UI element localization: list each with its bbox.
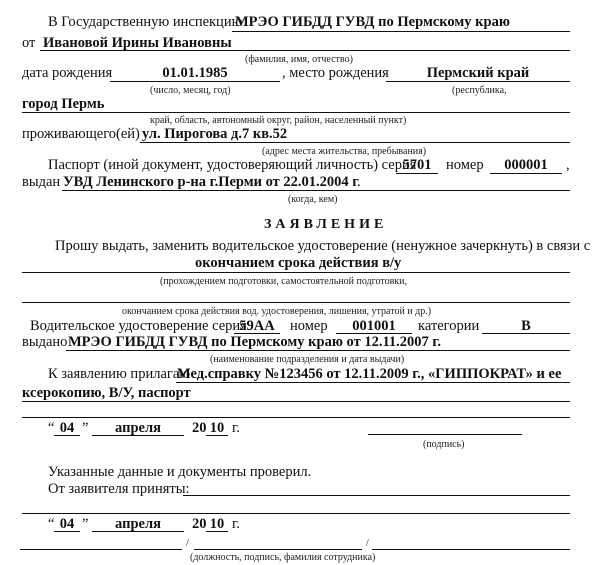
separator-line	[22, 417, 570, 418]
from-line	[40, 50, 570, 51]
accepted-line[interactable]	[183, 495, 570, 496]
applicant-year-suffix[interactable]: 10	[206, 420, 228, 436]
officer-day-line	[54, 531, 80, 532]
passport-issued-hint: (когда, кем)	[288, 194, 338, 205]
applicant-day-line	[54, 435, 80, 436]
officer-year-prefix: 20	[192, 516, 207, 532]
reason-line2	[22, 302, 570, 303]
officer-slash-2: /	[366, 538, 369, 549]
from-hint: (фамилия, имя, отчество)	[245, 54, 353, 65]
license-category-label: категории	[418, 318, 479, 334]
to-label: В Государственную инспекцию	[48, 14, 242, 30]
license-number[interactable]: 001001	[336, 318, 412, 334]
applicant-close-quote: ”	[82, 420, 88, 436]
officer-name-line[interactable]	[372, 549, 570, 550]
passport-number[interactable]: 000001	[490, 157, 562, 173]
attachments-value-line2[interactable]: ксерокопию, В/У, паспорт	[22, 385, 191, 401]
to-value[interactable]: МРЭО ГИБДД ГУВД по Пермскому краю	[235, 14, 510, 30]
passport-issued-label: выдан	[22, 174, 60, 190]
birth-place-value[interactable]: Пермский край	[386, 65, 570, 81]
residence-label: проживающего(ей)	[22, 126, 140, 142]
birth-place-hint2: край, область, автономный округ, район, …	[150, 115, 406, 126]
passport-series-line	[396, 173, 438, 174]
to-line	[232, 31, 570, 32]
verification-checked-text: Указанные данные и документы проверил.	[48, 464, 311, 480]
attachments-line1	[176, 382, 570, 383]
license-issued-label: выдано	[22, 334, 67, 350]
applicant-year-line	[206, 435, 228, 436]
passport-number-label: номер	[446, 157, 484, 173]
officer-year-end: г.	[232, 516, 240, 532]
residence-hint: (адрес места жительства, пребывания)	[262, 146, 426, 157]
signature-hint: (подпись)	[423, 439, 465, 450]
reason-line	[22, 272, 570, 273]
officer-year-line	[206, 531, 228, 532]
birth-place-line2[interactable]: город Пермь	[22, 96, 104, 112]
residence-line	[140, 142, 570, 143]
applicant-year-end: г.	[232, 420, 240, 436]
license-issued-line	[66, 350, 570, 351]
from-value[interactable]: Ивановой Ирины Ивановны	[43, 35, 232, 51]
officer-month-line	[92, 531, 184, 532]
birth-date-hint: (число, месяц, год)	[150, 85, 231, 96]
applicant-year-prefix: 20	[192, 420, 207, 436]
license-number-label: номер	[290, 318, 328, 334]
attachments-line2	[22, 401, 570, 402]
applicant-month-line	[92, 435, 184, 436]
applicant-month[interactable]: апреля	[92, 420, 184, 436]
passport-label: Паспорт (иной документ, удостоверяющий л…	[48, 157, 416, 173]
passport-issued-value[interactable]: УВД Ленинского р-на г.Перми от 22.01.200…	[63, 174, 359, 190]
officer-year-suffix[interactable]: 10	[206, 516, 228, 532]
passport-issued-line	[62, 190, 570, 191]
birth-date-value[interactable]: 01.01.1985	[110, 65, 280, 81]
officer-signature-line[interactable]	[194, 549, 362, 550]
passport-series[interactable]: 5701	[396, 157, 438, 173]
license-label: Водительское удостоверение серия	[30, 318, 247, 334]
officer-close-quote: ”	[82, 516, 88, 532]
officer-hint: (должность, подпись, фамилия сотрудника)	[190, 552, 375, 563]
officer-slash-1: /	[186, 538, 189, 549]
officer-day[interactable]: 04	[54, 516, 80, 532]
statement-title: ЗАЯВЛЕНИЕ	[264, 217, 387, 233]
attachments-label: К заявлению прилагаю	[48, 366, 190, 382]
officer-month[interactable]: апреля	[92, 516, 184, 532]
license-category[interactable]: В	[482, 318, 570, 334]
license-series[interactable]: 59АА	[234, 318, 280, 334]
signature-line[interactable]	[368, 434, 522, 435]
reason-value[interactable]: окончанием срока действия в/у	[195, 255, 401, 271]
passport-comma: ,	[566, 157, 570, 173]
birth-place-line2-rule	[22, 112, 570, 113]
from-label: от	[22, 35, 35, 51]
separator-line-2	[22, 513, 570, 514]
birth-place-line	[386, 81, 570, 82]
request-text: Прошу выдать, заменить водительское удос…	[55, 238, 590, 254]
reason-hint2: окончанием срока действия вод. удостовер…	[122, 306, 431, 317]
license-issued-value[interactable]: МРЭО ГИБДД ГУВД по Пермскому краю от 12.…	[68, 334, 441, 350]
officer-position-line[interactable]	[20, 549, 182, 550]
birth-place-hint: (республика,	[452, 85, 507, 96]
birth-place-label: , место рождения	[282, 65, 389, 81]
attachments-value-line1[interactable]: Мед.справку №123456 от 12.11.2009 г., «Г…	[177, 366, 561, 382]
verification-accepted-label: От заявителя приняты:	[48, 481, 189, 497]
passport-number-line	[490, 173, 562, 174]
birth-date-line	[110, 81, 280, 82]
birth-date-label: дата рождения	[22, 65, 112, 81]
applicant-day[interactable]: 04	[54, 420, 80, 436]
residence-value[interactable]: ул. Пирогова д.7 кв.52	[142, 126, 287, 142]
passport-issued-end: .	[357, 174, 361, 190]
license-issued-hint: (наименование подразделения и дата выдач…	[210, 354, 404, 365]
reason-hint1: (прохождением подготовки, самостоятельно…	[160, 276, 407, 287]
license-category-line	[482, 333, 570, 334]
